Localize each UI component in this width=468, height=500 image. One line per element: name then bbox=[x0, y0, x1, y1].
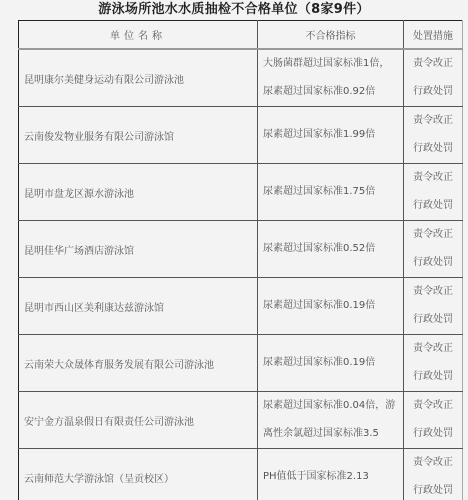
table-row: 云南荣大众晟体育服务发展有限公司游泳池 尿素超过国家标准0.19倍 责令改正 行… bbox=[19, 335, 463, 392]
action-cell: 责令改正 行政处罚 bbox=[404, 449, 463, 500]
unit-name-cell: 昆明佳华广场酒店游泳馆 bbox=[19, 221, 258, 278]
action-cell: 责令改正 行政处罚 bbox=[404, 278, 463, 335]
table-row: 昆明康尔美健身运动有限公司游泳池 大肠菌群超过国家标准1倍，尿素超过国家标准0.… bbox=[19, 49, 463, 107]
indicator-cell: PH值低于国家标准2.13 bbox=[258, 449, 404, 500]
unit-name-cell: 云南师范大学游泳馆（呈贡校区） bbox=[19, 449, 258, 500]
action-penalty: 行政处罚 bbox=[404, 135, 462, 163]
action-penalty: 行政处罚 bbox=[404, 249, 462, 277]
table-row: 昆明佳华广场酒店游泳馆 尿素超过国家标准0.52倍 责令改正 行政处罚 bbox=[19, 221, 463, 278]
action-cell: 责令改正 行政处罚 bbox=[404, 49, 463, 107]
action-rectify: 责令改正 bbox=[404, 221, 462, 249]
indicator-cell: 尿素超过国家标准0.04倍，游离性余氯超过国家标准3.5 bbox=[258, 392, 404, 449]
action-rectify: 责令改正 bbox=[404, 449, 462, 477]
table-row: 云南师范大学游泳馆（呈贡校区） PH值低于国家标准2.13 责令改正 行政处罚 bbox=[19, 449, 463, 500]
table-row: 云南俊发物业服务有限公司游泳馆 尿素超过国家标准1.99倍 责令改正 行政处罚 bbox=[19, 107, 463, 164]
indicator-cell: 尿素超过国家标准1.75倍 bbox=[258, 164, 404, 221]
table-row: 昆明市盘龙区源水游泳池 尿素超过国家标准1.75倍 责令改正 行政处罚 bbox=[19, 164, 463, 221]
noncompliant-units-table: 单位名称 不合格指标 处置措施 昆明康尔美健身运动有限公司游泳池 大肠菌群超过国… bbox=[18, 20, 463, 500]
action-cell: 责令改正 行政处罚 bbox=[404, 392, 463, 449]
indicator-cell: 尿素超过国家标准0.19倍 bbox=[258, 278, 404, 335]
action-rectify: 责令改正 bbox=[404, 392, 462, 420]
action-rectify: 责令改正 bbox=[404, 107, 462, 135]
action-penalty: 行政处罚 bbox=[404, 192, 462, 220]
indicator-cell: 尿素超过国家标准0.52倍 bbox=[258, 221, 404, 278]
action-penalty: 行政处罚 bbox=[404, 420, 462, 448]
table-row: 安宁金方温泉假日有限责任公司游泳池 尿素超过国家标准0.04倍，游离性余氯超过国… bbox=[19, 392, 463, 449]
table-row: 昆明市西山区美利康达兹游泳馆 尿素超过国家标准0.19倍 责令改正 行政处罚 bbox=[19, 278, 463, 335]
action-penalty: 行政处罚 bbox=[404, 363, 462, 391]
unit-name-cell: 昆明市西山区美利康达兹游泳馆 bbox=[19, 278, 258, 335]
action-penalty: 行政处罚 bbox=[404, 78, 462, 106]
indicator-cell: 尿素超过国家标准0.19倍 bbox=[258, 335, 404, 392]
action-cell: 责令改正 行政处罚 bbox=[404, 221, 463, 278]
action-cell: 责令改正 行政处罚 bbox=[404, 335, 463, 392]
header-disposal-measures: 处置措施 bbox=[404, 21, 463, 50]
action-cell: 责令改正 行政处罚 bbox=[404, 107, 463, 164]
action-rectify: 责令改正 bbox=[404, 164, 462, 192]
unit-name-cell: 昆明康尔美健身运动有限公司游泳池 bbox=[19, 49, 258, 107]
table-title: 游泳场所池水水质抽检不合格单位（8家9件） bbox=[0, 2, 468, 18]
action-cell: 责令改正 行政处罚 bbox=[404, 164, 463, 221]
header-failed-indicator: 不合格指标 bbox=[258, 21, 404, 50]
indicator-cell: 大肠菌群超过国家标准1倍，尿素超过国家标准0.92倍 bbox=[258, 49, 404, 107]
table-header-row: 单位名称 不合格指标 处置措施 bbox=[19, 21, 463, 50]
action-penalty: 行政处罚 bbox=[404, 306, 462, 334]
action-rectify: 责令改正 bbox=[404, 278, 462, 306]
unit-name-cell: 昆明市盘龙区源水游泳池 bbox=[19, 164, 258, 221]
action-penalty: 行政处罚 bbox=[404, 477, 462, 500]
header-unit-name: 单位名称 bbox=[19, 21, 258, 50]
unit-name-cell: 云南荣大众晟体育服务发展有限公司游泳池 bbox=[19, 335, 258, 392]
unit-name-cell: 云南俊发物业服务有限公司游泳馆 bbox=[19, 107, 258, 164]
action-rectify: 责令改正 bbox=[404, 335, 462, 363]
indicator-cell: 尿素超过国家标准1.99倍 bbox=[258, 107, 404, 164]
unit-name-cell: 安宁金方温泉假日有限责任公司游泳池 bbox=[19, 392, 258, 449]
action-rectify: 责令改正 bbox=[404, 50, 462, 78]
